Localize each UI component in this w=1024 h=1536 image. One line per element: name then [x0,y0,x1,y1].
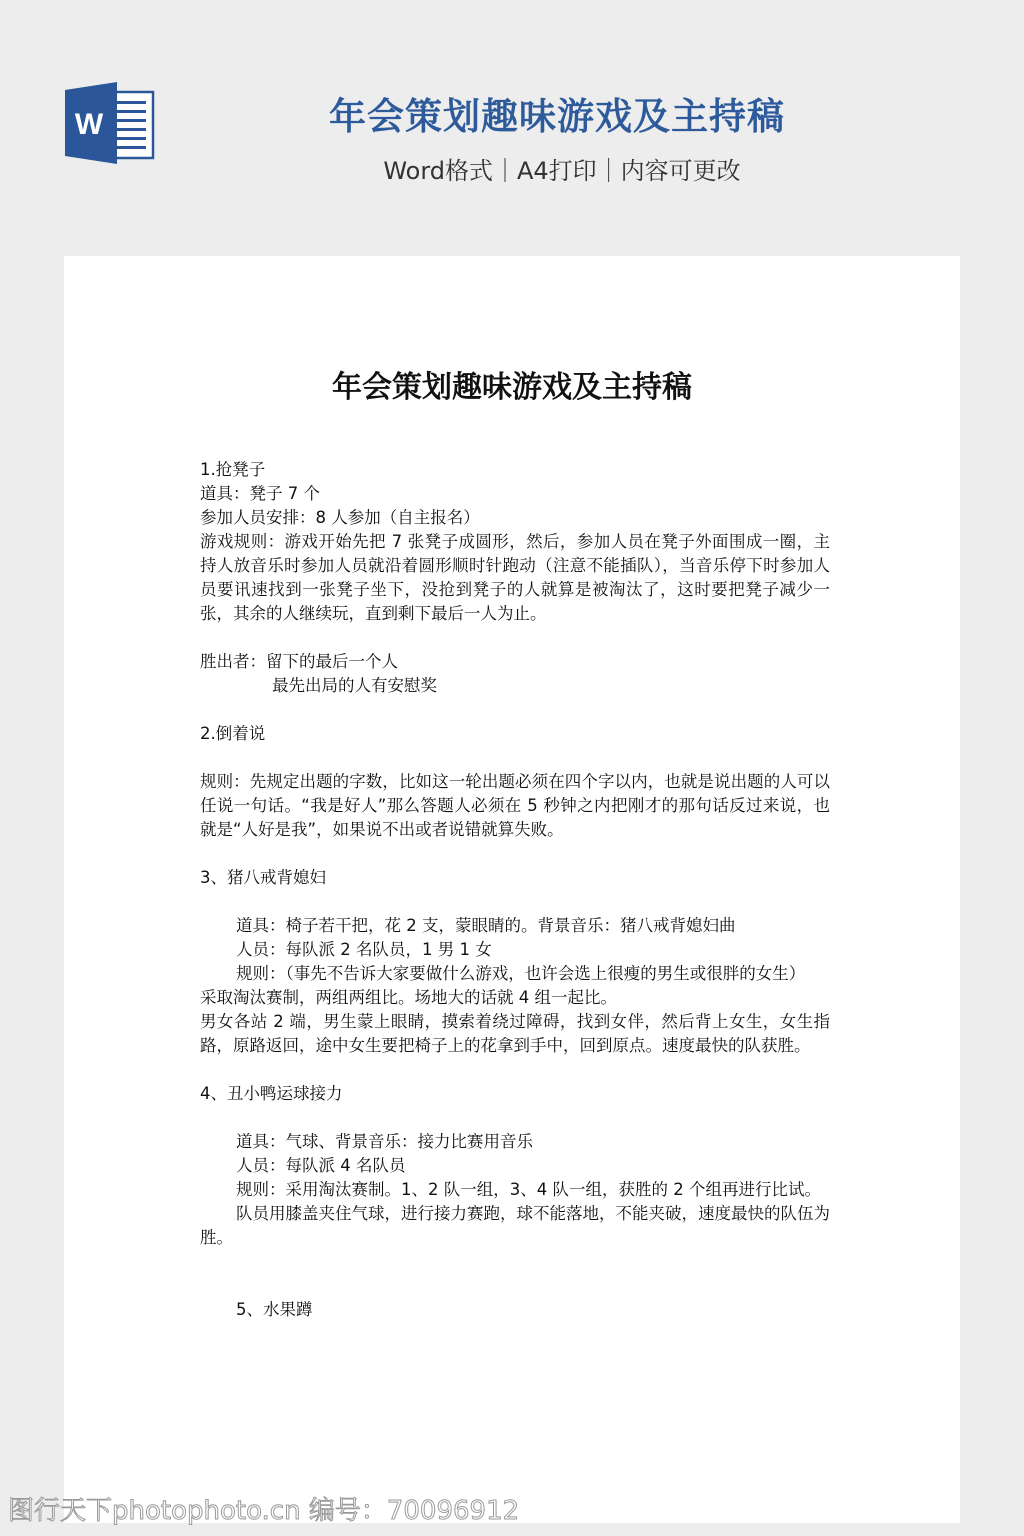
section-1-winner: 胜出者：留下的最后一个人 [200,650,830,674]
document-body: 1.抢凳子 道具：凳子 7 个 参加人员安排：8 人参加（自主报名） 游戏规则：… [200,458,830,1322]
watermark-text: 图行天下photophoto.cn 编号：70096912 [8,1490,519,1527]
header-subtitle: Word格式｜A4打印｜内容可更改 [0,153,1024,189]
section-4-rules: 规则：采用淘汰赛制。1、2 队一组，3、4 队一组，获胜的 2 个组再进行比试。 [200,1178,830,1202]
section-3-rules: 规则：（事先不告诉大家要做什么游戏，也许会选上很瘦的男生或很胖的女生） [200,962,830,986]
section-3-format: 采取淘汰赛制，两组两组比。场地大的话就 4 组一起比。 [200,986,830,1010]
section-3-process: 男女各站 2 端，男生蒙上眼睛，摸索着绕过障碍，找到女伴，然后背上女生，女生指路… [200,1010,830,1058]
document-page: 年会策划趣味游戏及主持稿 1.抢凳子 道具：凳子 7 个 参加人员安排：8 人参… [64,256,960,1523]
section-heading-1: 1.抢凳子 [200,458,830,482]
document-title: 年会策划趣味游戏及主持稿 [64,366,960,410]
section-4-people: 人员：每队派 4 名队员 [200,1154,830,1178]
section-4-props: 道具：气球、背景音乐：接力比赛用音乐 [200,1130,830,1154]
section-heading-5: 5、水果蹲 [200,1298,830,1322]
section-1-consolation: 最先出局的人有安慰奖 [200,674,830,698]
section-3-props: 道具：椅子若干把，花 2 支，蒙眼睛的。背景音乐：猪八戒背媳妇曲 [200,914,830,938]
section-1-props: 道具：凳子 7 个 [200,482,830,506]
section-3-people: 人员：每队派 2 名队员，1 男 1 女 [200,938,830,962]
section-4-process: 队员用膝盖夹住气球，进行接力赛跑，球不能落地，不能夹破，速度最快的队伍为胜。 [200,1202,830,1250]
section-1-participants: 参加人员安排：8 人参加（自主报名） [200,506,830,530]
header-banner: W 年会策划趣味游戏及主持稿 Word格式｜A4打印｜内容可更改 [0,0,1024,256]
section-1-rules: 游戏规则：游戏开始先把 7 张凳子成圆形，然后，参加人员在凳子外面围成一圈，主持… [200,530,830,626]
section-heading-4: 4、丑小鸭运球接力 [200,1082,830,1106]
header-title: 年会策划趣味游戏及主持稿 [0,92,1024,142]
section-heading-3: 3、猪八戒背媳妇 [200,866,830,890]
section-heading-2: 2.倒着说 [200,722,830,746]
section-2-rules: 规则：先规定出题的字数，比如这一轮出题必须在四个字以内，也就是说出题的人可以任说… [200,770,830,842]
